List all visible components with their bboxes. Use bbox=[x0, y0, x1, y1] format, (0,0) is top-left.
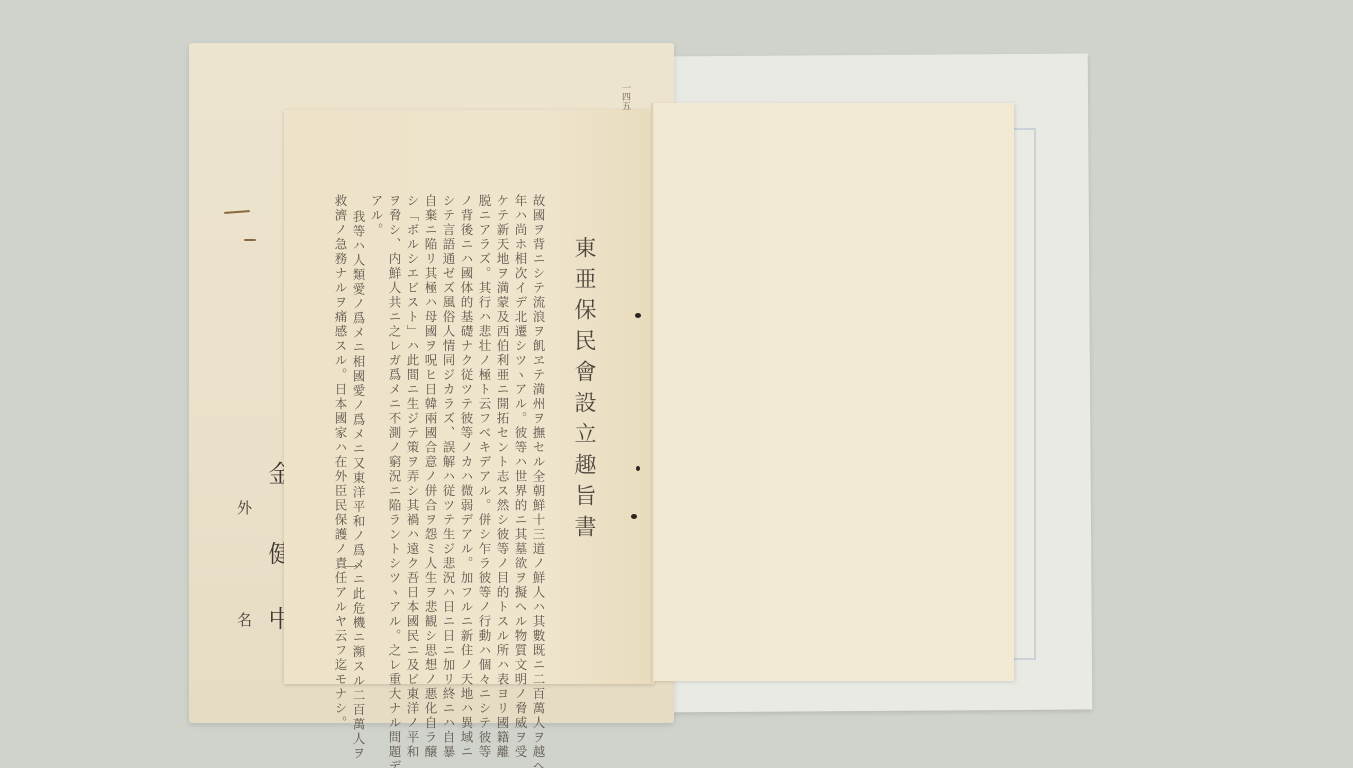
body-column: ヲ脅シ、内鮮人共ニ之レガ爲メニ不測ノ窮況ニ陥ラントシツヽアル。之レ重大ナル問題デ bbox=[384, 194, 404, 768]
body-column: 救濟ノ急務ナルヲ痛感スル。日本國家ハ在外臣民保護ノ責任アルヤ云フ迄モナシ。 bbox=[330, 194, 350, 731]
document-title: 東亜保民會設立趣旨書 bbox=[568, 236, 599, 546]
body-column: 脱ニアラズ。其行ハ悲壮ノ極ト云フベキデアル。併シ乍ラ彼等ノ行動ハ個々ニシテ彼等 bbox=[474, 194, 494, 760]
page-fold bbox=[651, 103, 654, 683]
ink-mark bbox=[224, 210, 250, 214]
binding-hole bbox=[631, 514, 637, 519]
body-column: 我等ハ人類愛ノ爲メニ相國愛ノ爲メニ又東洋平和ノ爲メニ此危機ニ瀕スル二百萬人ヲ bbox=[348, 210, 368, 761]
body-column: アル。 bbox=[366, 194, 386, 238]
body-column: 年ハ尚ホ相次イデ北遷シツヽアル。彼等ハ世界的ニ其墓欲ヲ擬ヘル物質文明ノ脅威ヲ受 bbox=[510, 194, 530, 760]
cover-label-name: 名 bbox=[234, 612, 255, 629]
body-column: シテ言語通ゼズ風俗人情同ジカラズ、誤解ハ従ツテ生ジ悲況ハ日ニ日ニ加リ終ニハ自暴 bbox=[438, 194, 458, 760]
cover-label-outer: 外 bbox=[234, 500, 255, 517]
ink-mark bbox=[244, 239, 256, 241]
binding-hole bbox=[635, 313, 641, 318]
body-column: シ「ボルシエビスト」ハ此間ニ生ジテ策ヲ弄シ其禍ハ遠ク吾日本國民ニ及ビ東洋ノ平和 bbox=[402, 194, 422, 760]
page-number: 一 bbox=[340, 560, 360, 576]
body-column: ケテ新天地ヲ満蒙及西伯利亜ニ開拓セント志ス然シ彼等ノ目的トスル所ハ表ヨリ國籍離 bbox=[492, 194, 512, 760]
body-column: 自棄ニ陥リ其極ハ母國ヲ呪ヒ日韓兩國合意ノ併合ヲ怨ミ人生ヲ悲観シ思想ノ悪化自ラ醸 bbox=[420, 194, 440, 760]
right-page bbox=[652, 103, 1014, 681]
binding-hole bbox=[636, 466, 640, 471]
body-column: ノ背後ニハ國体的基礎ナク従ツテ彼等ノカハ微弱デアル。加フルニ新住ノ天地ハ異域ニ bbox=[456, 194, 476, 760]
body-column: 故國ヲ背ニシテ流浪ヲ飢ヱテ満州ヲ撫セル全朝鮮十三道ノ鮮人ハ其數既ニ二百萬人ヲ越ヘ bbox=[528, 194, 548, 768]
